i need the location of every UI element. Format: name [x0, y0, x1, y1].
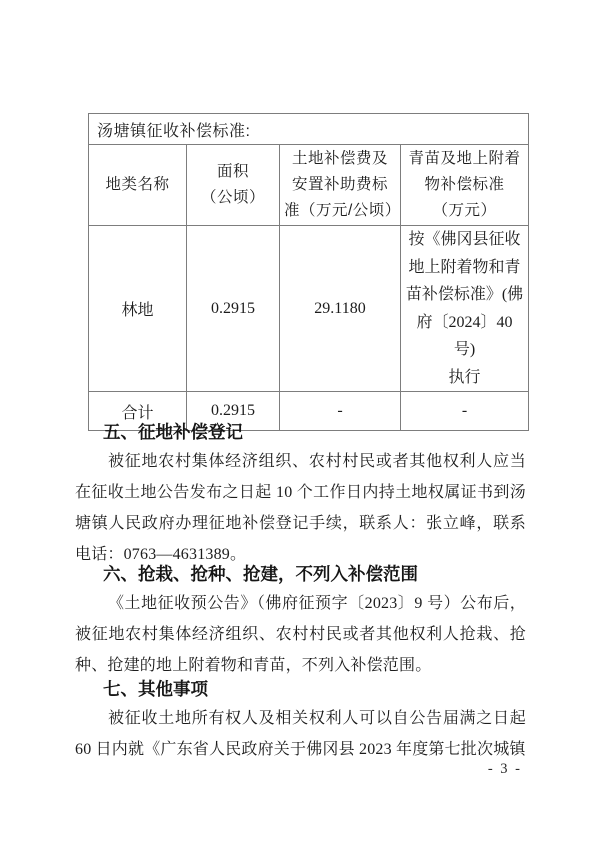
table-title-row: 汤塘镇征收补偿标准:	[89, 114, 529, 145]
page-number: - 3 -	[488, 761, 522, 778]
column-header-land-type: 地类名称	[89, 145, 187, 226]
cell-crop-compensation-note: 按《佛冈县征收 地上附着物和青 苗补偿标准》(佛 府〔2024〕40 号) 执行	[401, 226, 529, 392]
compensation-table: 汤塘镇征收补偿标准: 地类名称 面积 （公顷） 土地补偿费及 安置补助费标 准（…	[88, 113, 529, 431]
cell-land-compensation: 29.1180	[280, 226, 401, 392]
section-heading-other-matters: 七、其他事项	[75, 679, 526, 700]
section-paragraph-registration: 被征地农村集体经济组织、农村村民或者其他权利人应当在征收土地公告发布之日起 10…	[75, 446, 526, 570]
document-page: 汤塘镇征收补偿标准: 地类名称 面积 （公顷） 土地补偿费及 安置补助费标 准（…	[0, 0, 600, 848]
table-row: 林地 0.2915 29.1180 按《佛冈县征收 地上附着物和青 苗补偿标准》…	[89, 226, 529, 392]
column-header-land-compensation: 土地补偿费及 安置补助费标 准（万元/公顷）	[280, 145, 401, 226]
section-heading-no-compensation: 六、抢栽、抢种、抢建，不列入补偿范围	[75, 564, 526, 585]
table-header-row: 地类名称 面积 （公顷） 土地补偿费及 安置补助费标 准（万元/公顷） 青苗及地…	[89, 145, 529, 226]
cell-land-type: 林地	[89, 226, 187, 392]
section-heading-registration: 五、征地补偿登记	[75, 422, 526, 443]
section-paragraph-other-matters: 被征收土地所有权人及相关权利人可以自公告届满之日起 60 日内就《广东省人民政府…	[75, 703, 526, 765]
table-title: 汤塘镇征收补偿标准:	[89, 114, 529, 145]
column-header-crop-compensation: 青苗及地上附着 物补偿标准 （万元）	[401, 145, 529, 226]
cell-area: 0.2915	[187, 226, 280, 392]
section-paragraph-no-compensation: 《土地征收预公告》（佛府征预字〔2023〕9 号）公布后，被征地农村集体经济组织…	[75, 588, 526, 681]
column-header-area: 面积 （公顷）	[187, 145, 280, 226]
